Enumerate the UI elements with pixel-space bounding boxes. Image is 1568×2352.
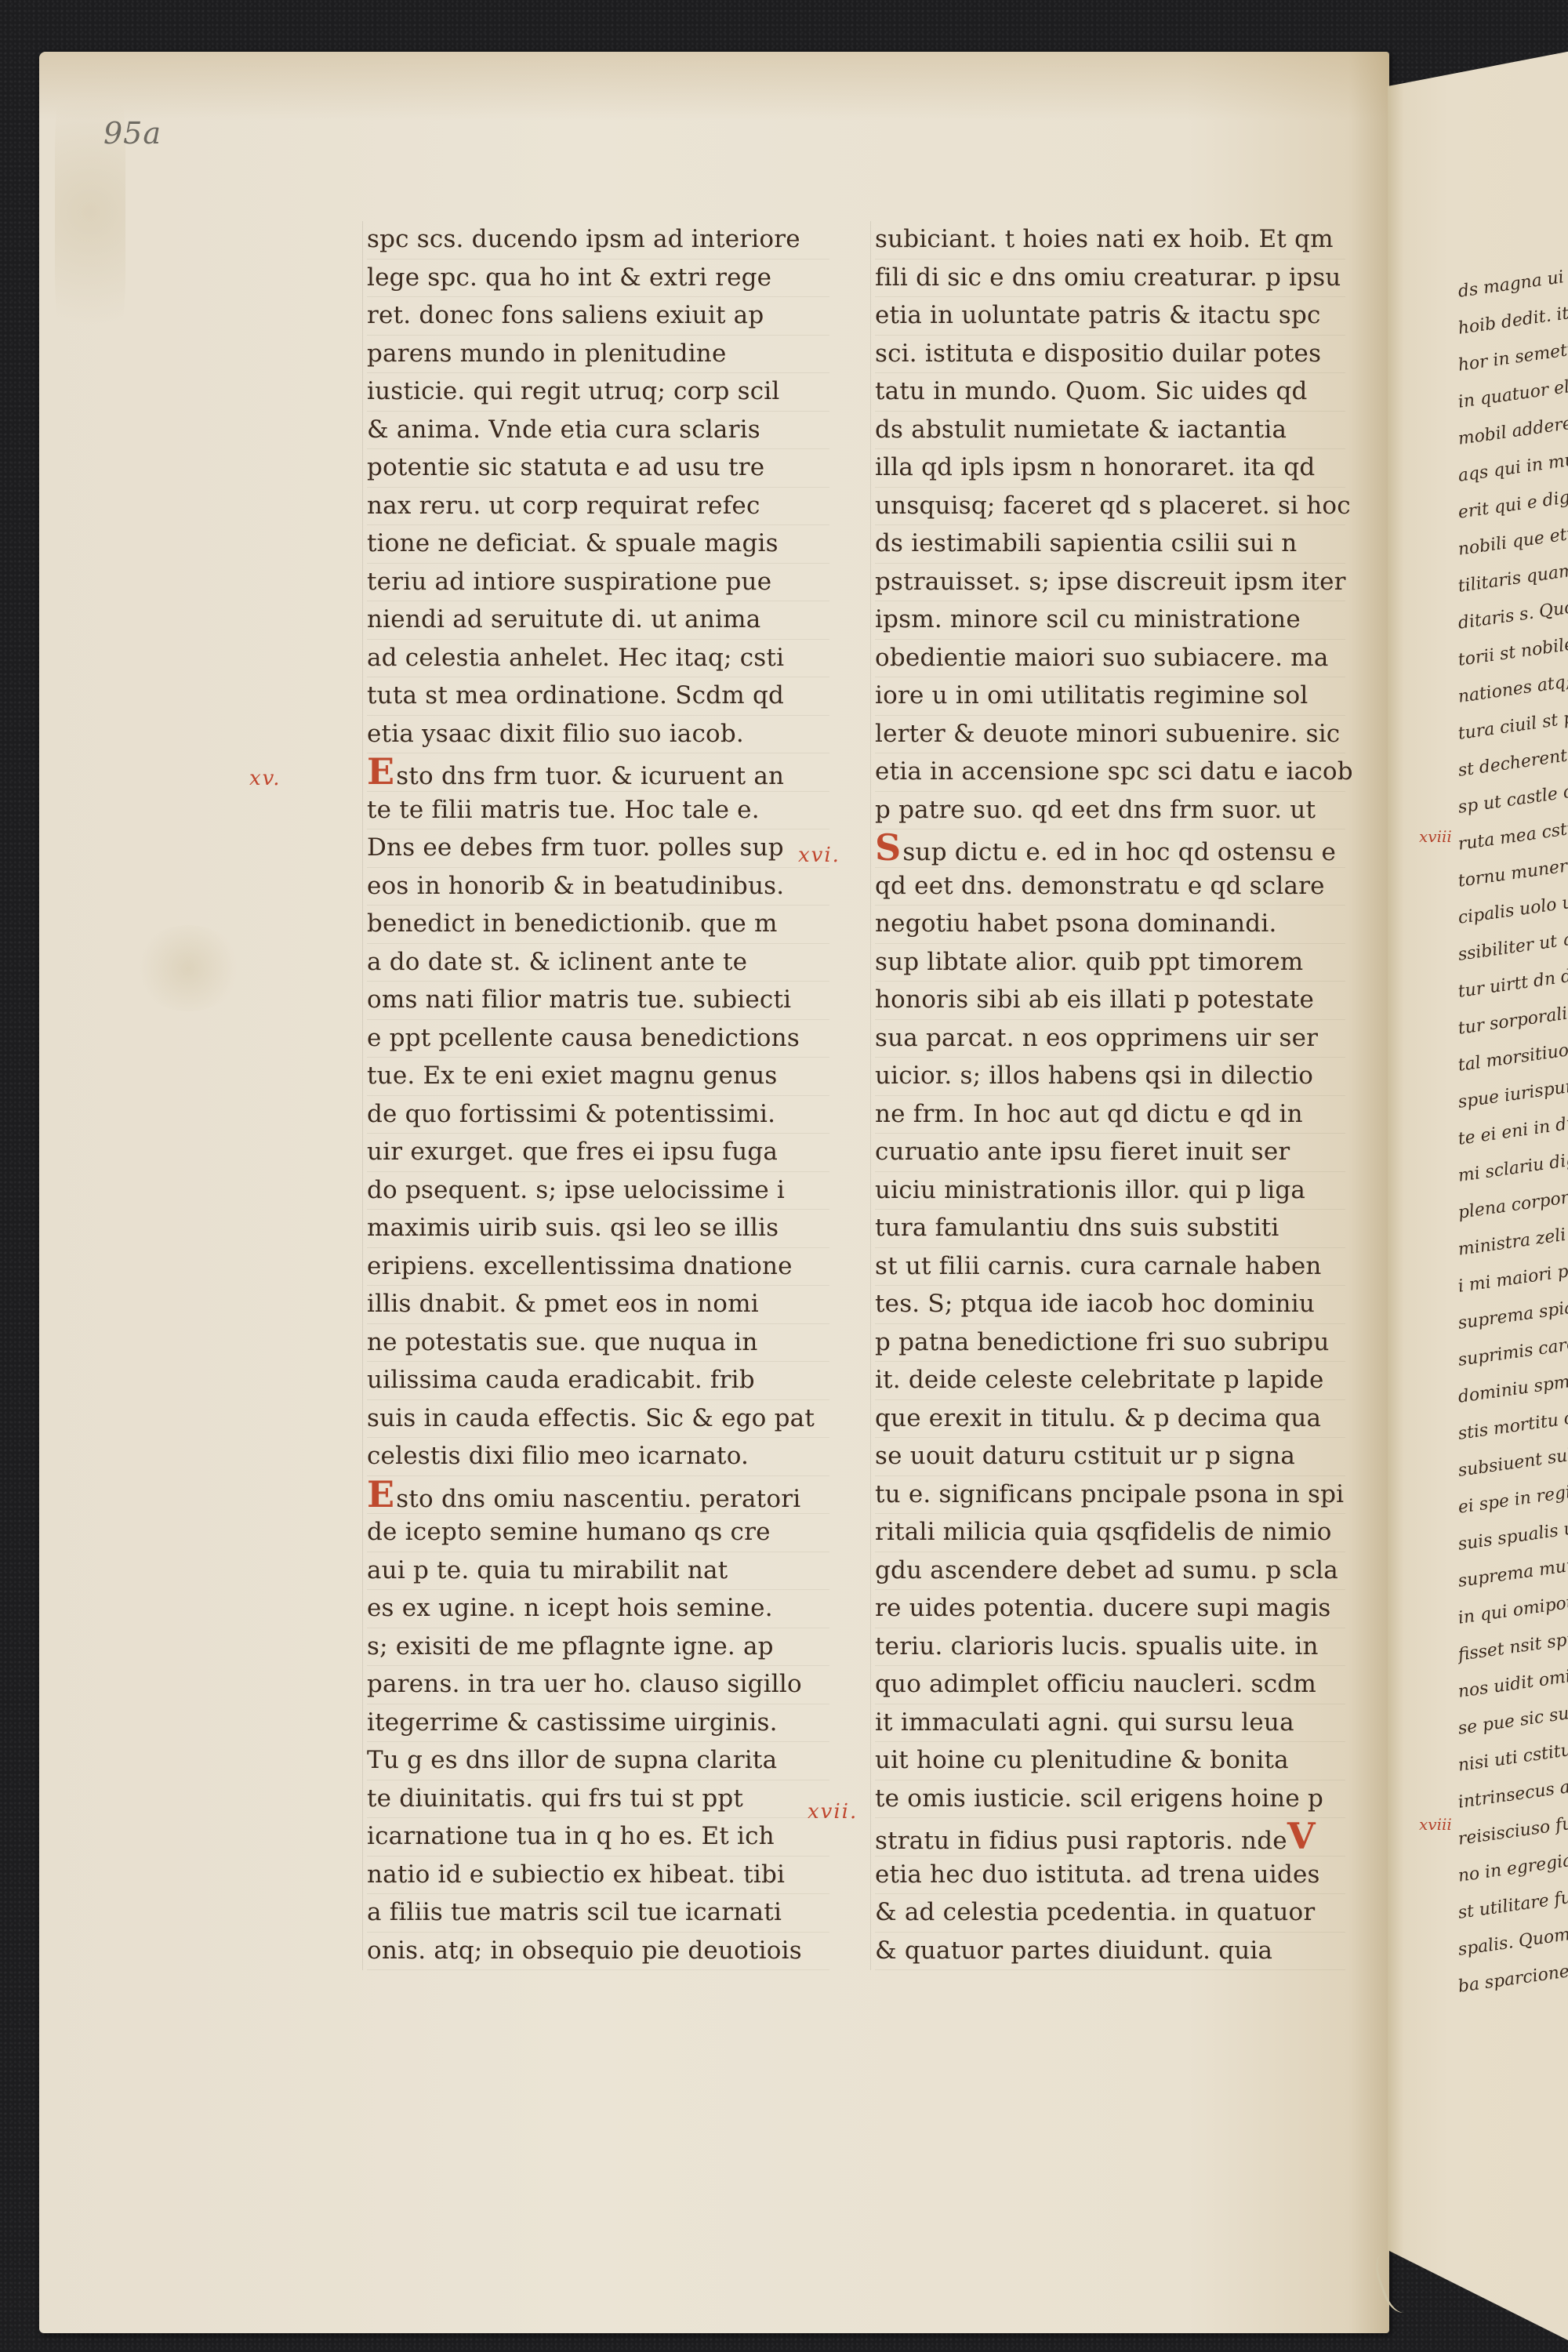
next-leaf-text-line: intrinsecus ad (1457, 1771, 1568, 1813)
next-leaf-text-line: tur sorporalis nam (1457, 997, 1568, 1039)
text-line: tura famulantiu dns suis substiti (875, 1210, 1345, 1248)
decorated-initial: S (875, 826, 901, 869)
line-text: sto dns frm tuor. & icuruent an (396, 762, 784, 790)
text-line: celestis dixi filio meo icarnato. (367, 1438, 829, 1476)
text-line: te omis iusticie. scil erigens hoine p (875, 1780, 1345, 1819)
text-line: eos in honorib & in beatudinibus. (367, 868, 829, 906)
text-line: iusticie. qui regit utruq; corp scil (367, 373, 829, 412)
text-line: subiciant. t hoies nati ex hoib. Et qm (875, 221, 1345, 260)
next-leaf-text-line: te ei eni in dispositi (1457, 1108, 1568, 1149)
text-line: de quo fortissimi & potentissimi. (367, 1096, 829, 1134)
next-leaf-text-line: ds magna ui scien (1457, 260, 1568, 302)
text-line: sup libtate alior. quib ppt timorem (875, 944, 1345, 982)
text-line: a do date st. & iclinent ante te (367, 944, 829, 982)
text-line: sua parcat. n eos opprimens uir ser (875, 1020, 1345, 1058)
next-leaf-text-line: nisi uti cstitut (1457, 1734, 1568, 1776)
text-line: uir exurget. que fres ei ipsu fuga (367, 1134, 829, 1172)
text-line: pstrauisset. s; ipse discreuit ipsm iter (875, 564, 1345, 602)
text-line: illis dnabit. & pmet eos in nomi (367, 1286, 829, 1324)
line-text: stratu in fidius pusi raptoris. nde (875, 1827, 1287, 1855)
text-line: se uouit daturu cstituit ur p signa (875, 1438, 1345, 1476)
text-line: uit hoine cu plenitudine & bonita (875, 1742, 1345, 1780)
text-line: spc scs. ducendo ipsm ad interiore (367, 221, 829, 260)
text-line: etia ysaac dixit filio suo iacob. (367, 716, 829, 754)
text-line: iore u in omi utilitatis regimine sol (875, 677, 1345, 716)
text-line: que erexit in titulu. & p decima qua (875, 1400, 1345, 1439)
text-line: icarnatione tua in q ho es. Et ich (367, 1818, 829, 1857)
chapter-numeral-xviii: xviii (1419, 827, 1452, 846)
next-leaf-text-line: in qui omipoten (1457, 1587, 1568, 1628)
text-line: teriu. clarioris lucis. spualis uite. in (875, 1628, 1345, 1667)
text-line: ds abstulit numietate & iactantia (875, 412, 1345, 450)
decorated-initial: E (367, 750, 394, 793)
next-leaf-text-line: st utilitare fu eci (1457, 1882, 1568, 1923)
next-leaf-text-line: ruta mea cstitutal (1457, 813, 1568, 855)
text-line: tione ne deficiat. & spuale magis (367, 525, 829, 564)
text-line: potentie sic statuta e ad usu tre (367, 449, 829, 488)
text-line: Esto dns omiu nascentiu. peratori (367, 1476, 829, 1515)
next-leaf-text-line: nobili que eti a (1457, 518, 1568, 560)
text-column-right: subiciant. t hoies nati ex hoib. Et qmfi… (875, 221, 1345, 1970)
next-leaf-text-line: reisisciuso fuo p (1457, 1808, 1568, 1849)
text-line: lerter & deuote minori subuenire. sic (875, 716, 1345, 754)
next-leaf-text-line: aqs qui in mun (1457, 445, 1568, 486)
text-line: it. deide celeste celebritate p lapide (875, 1362, 1345, 1400)
ruling-line (362, 221, 363, 1970)
text-line: etia in uoluntate patris & itactu spc (875, 297, 1345, 336)
next-leaf-text-line: ditaris s. Quom. (1457, 592, 1568, 633)
text-line: e ppt pcellente causa benedictions (367, 1020, 829, 1058)
next-leaf-text-line: dominiu spm cum (1457, 1366, 1568, 1407)
text-line: etia in accensione spc sci datu e iacob (875, 753, 1345, 792)
text-line: natio id e subiectio ex hibeat. tibi (367, 1857, 829, 1895)
text-line: oms nati filior matris tue. subiecti (367, 982, 829, 1020)
next-leaf-text-line: suprimis caro de (1457, 1329, 1568, 1370)
next-leaf-text-line: stis mortitu occup (1457, 1403, 1568, 1444)
text-line: ipsm. minore scil cu ministratione (875, 601, 1345, 640)
text-line: & quatuor partes diuidunt. quia (875, 1933, 1345, 1971)
text-line: uilissima cauda eradicabit. frib (367, 1362, 829, 1400)
next-leaf-text-line: nationes atq; obse (1457, 666, 1568, 707)
text-line: it immaculati agni. qui sursu leua (875, 1704, 1345, 1743)
text-column-left: spc scs. ducendo ipsm ad interiorelege s… (367, 221, 829, 1970)
text-line: benedict in benedictionib. que m (367, 906, 829, 944)
text-line: qd eet dns. demonstratu e qd sclare (875, 868, 1345, 906)
text-line: uiciu ministrationis illor. qui p liga (875, 1172, 1345, 1210)
text-line: curuatio ante ipsu fieret inuit ser (875, 1134, 1345, 1172)
text-line: teriu ad intiore suspiratione pue (367, 564, 829, 602)
text-line: tu e. significans pncipale psona in spi (875, 1476, 1345, 1515)
text-line: illa qd ipls ipsm n honoraret. ita qd (875, 449, 1345, 488)
next-leaf-text-line: nos uidit omino tace (1457, 1661, 1568, 1702)
line-text: sto dns omiu nascentiu. peratori (396, 1485, 800, 1513)
text-line: onis. atq; in obsequio pie deuotiois (367, 1933, 829, 1971)
text-line: parens. in tra uer ho. clauso sigillo (367, 1666, 829, 1704)
text-line: sci. istituta e dispositio duilar potes (875, 336, 1345, 374)
text-line: aui p te. quia tu mirabilit nat (367, 1552, 829, 1591)
text-line: p patna benedictione fri suo subripu (875, 1324, 1345, 1363)
next-leaf-text-line: fisset nsit spuali (1457, 1624, 1568, 1665)
next-leaf-text-line: tilitaris quamm (1457, 555, 1568, 597)
text-line: re uides potentia. ducere supi magis (875, 1590, 1345, 1628)
next-leaf-text-line: erit qui e dign (1457, 481, 1568, 523)
text-line: maximis uirib suis. qsi leo se illis (367, 1210, 829, 1248)
text-line: negotiu habet psona dominandi. (875, 906, 1345, 944)
next-leaf-text-line: suprema spiali (1457, 1292, 1568, 1334)
text-line: ret. donec fons saliens exiuit ap (367, 297, 829, 336)
text-line: st ut filii carnis. cura carnale haben (875, 1248, 1345, 1287)
next-leaf-text-line: in quatuor elemen (1457, 371, 1568, 412)
next-leaf-text-line: tur uirtt dn de ho (1457, 960, 1568, 1002)
text-line: es ex ugine. n icept hois semine. (367, 1590, 829, 1628)
next-leaf-text-line: i mi maiori pondi (1457, 1255, 1568, 1297)
parchment-stain (133, 925, 243, 1011)
text-line: unsquisq; faceret qd s placeret. si hoc (875, 488, 1345, 526)
next-leaf-text-line: st decherent atq (1457, 739, 1568, 781)
text-line: honoris sibi ab eis illati p potestate (875, 982, 1345, 1020)
text-line: uicior. s; illos habens qsi in dilectio (875, 1058, 1345, 1096)
next-leaf-text-line: cipalis uolo ut ei (1457, 887, 1568, 928)
text-line: quo adimplet officiu naucleri. scdm (875, 1666, 1345, 1704)
text-line: a filiis tue matris scil tue icarnati (367, 1894, 829, 1933)
text-line: tue. Ex te eni exiet magnu genus (367, 1058, 829, 1096)
text-line: nax reru. ut corp requirat refec (367, 488, 829, 526)
text-line: & ad celestia pcedentia. in quatuor (875, 1894, 1345, 1933)
next-leaf-text-line: tura ciuil st pe (1457, 702, 1568, 744)
next-leaf-text-line: sp ut castle offic (1457, 776, 1568, 818)
adjacent-leaf: ds magna ui scienhoib dedit. ita uthor i… (1388, 47, 1568, 2352)
text-line: tatu in mundo. Quom. Sic uides qd (875, 373, 1345, 412)
text-line: s; exisiti de me pflagnte igne. ap (367, 1628, 829, 1667)
text-line: ne potestatis sue. que nuqua in (367, 1324, 829, 1363)
next-leaf-text-line: tal morsitiuo uen (1457, 1034, 1568, 1076)
text-line: de icepto semine humano qs cre (367, 1514, 829, 1552)
text-line: Ssup dictu e. ed in hoc qd ostensu e (875, 829, 1345, 868)
text-line: Dns ee debes frm tuor. polles sup (367, 829, 829, 868)
text-line: Esto dns frm tuor. & icuruent an (367, 753, 829, 792)
text-line: ad celestia anhelet. Hec itaq; csti (367, 640, 829, 678)
text-line: do psequent. s; ipse uelocissime i (367, 1172, 829, 1210)
decorated-initial: E (367, 1473, 394, 1515)
next-leaf-text-line: ba sparcione co (1457, 1955, 1568, 1997)
text-line: gdu ascendere debet ad sumu. p scla (875, 1552, 1345, 1591)
text-line: Tu g es dns illor de supna clarita (367, 1742, 829, 1780)
text-line: parens mundo in plenitudine (367, 336, 829, 374)
text-line: suis in cauda effectis. Sic & ego pat (367, 1400, 829, 1439)
next-leaf-text-line: ssibiliter ut qui in (1457, 924, 1568, 965)
line-text: sup dictu e. ed in hoc qd ostensu e (902, 838, 1336, 866)
next-leaf-text-line: ei spe in regimine (1457, 1476, 1568, 1518)
chapter-numeral-xv: xv. (249, 767, 281, 790)
text-line: eripiens. excellentissima dnatione (367, 1248, 829, 1287)
text-line: & anima. Vnde etia cura sclaris (367, 412, 829, 450)
next-leaf-text-line: suis spualis u n spe (1457, 1513, 1568, 1555)
text-line: fili di sic e dns omiu creaturar. p ipsu (875, 260, 1345, 298)
next-leaf-text-line: suprema mundali (1457, 1550, 1568, 1592)
text-line: ne frm. In hoc aut qd dictu e qd in (875, 1096, 1345, 1134)
text-line: etia hec duo istituta. ad trena uides (875, 1857, 1345, 1895)
next-leaf-text-line: torii st nobiles (1457, 629, 1568, 670)
next-leaf-text-line: subsiuent sub eac (1457, 1439, 1568, 1481)
text-line: obedientie maiori suo subiacere. ma (875, 640, 1345, 678)
next-leaf-text-line: plena corporata e (1457, 1181, 1568, 1223)
next-leaf-text-line: no in egregia om (1457, 1845, 1568, 1886)
text-line: lege spc. qua ho int & extri rege (367, 260, 829, 298)
next-leaf-text-line: hoib dedit. ita ut (1457, 297, 1568, 339)
text-line: te te filii matris tue. Hoc tale e. (367, 792, 829, 830)
ruling-line (870, 221, 871, 1970)
parchment-stain (55, 55, 125, 368)
folio-number: 95a (103, 116, 162, 151)
text-line: te diuinitatis. qui frs tui st ppt (367, 1780, 829, 1819)
text-line: stratu in fidius pusi raptoris. ndeV (875, 1818, 1345, 1857)
next-leaf-text-line: spalis. Quom. (1457, 1918, 1568, 1960)
next-leaf-text-line: hor in semetipsi (1457, 334, 1568, 376)
chapter-numeral-xviii: xviii (1419, 1815, 1452, 1834)
next-leaf-text-line: tornu munere. en (1457, 850, 1568, 891)
text-line: ritali milicia quia qsqfidelis de nimio (875, 1514, 1345, 1552)
text-line: niendi ad seruitute di. ut anima (367, 601, 829, 640)
next-leaf-text-line: se pue sic suo fe (1457, 1697, 1568, 1739)
decorated-initial: V (1287, 1815, 1316, 1857)
next-leaf-text-line: mi sclariu dign (1457, 1145, 1568, 1186)
text-line: ds iestimabili sapientia csilii sui n (875, 525, 1345, 564)
next-leaf-text-line: spue iurispur. si solu (1457, 1071, 1568, 1112)
next-leaf-text-line: ministra zeli me (1457, 1218, 1568, 1260)
text-line: tuta st mea ordinatione. Scdm qd (367, 677, 829, 716)
text-line: itegerrime & castissime uirginis. (367, 1704, 829, 1743)
text-line: tes. S; ptqua ide iacob hoc dominiu (875, 1286, 1345, 1324)
text-line: p patre suo. qd eet dns frm suor. ut (875, 792, 1345, 830)
next-leaf-text-line: mobil adderet qd (1457, 408, 1568, 449)
